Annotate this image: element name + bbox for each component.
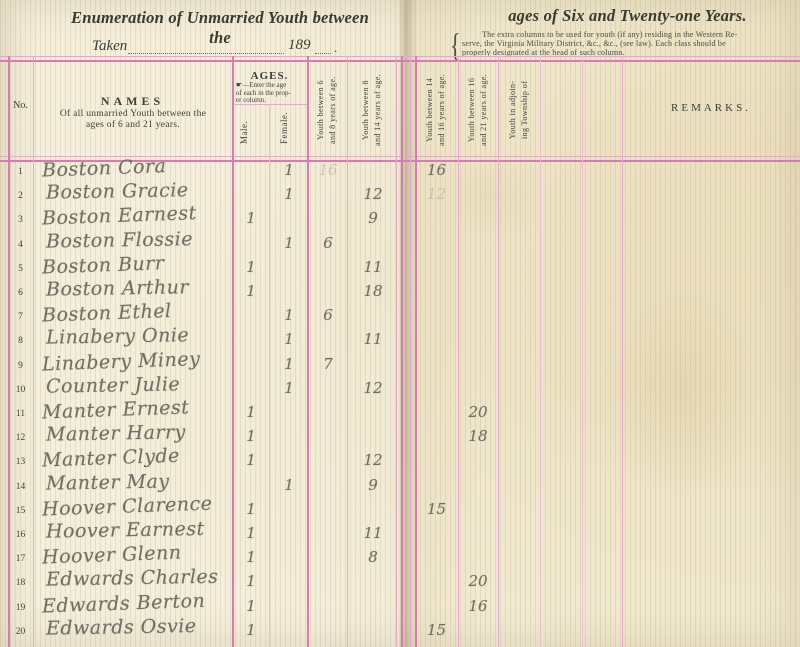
no-column-header: No. (8, 100, 33, 111)
right-page-title: ages of Six and Twenty-one Years. (500, 6, 755, 26)
youth-6-8-column-header: Youth between 6 and 8 years of age. (315, 64, 339, 156)
age-16-21-entry: 20 (460, 572, 496, 590)
youth-8-14-column-header: Youth between 8 and 14 years of age. (360, 64, 384, 156)
female-tally-entry: 1 (274, 330, 304, 348)
name-entry: Edwards Charles (46, 566, 246, 591)
age-6-8-entry: 6 (311, 306, 345, 324)
row-number: 8 (8, 336, 33, 346)
name-entry: Linabery Onie (46, 324, 246, 349)
row-number: 20 (8, 627, 33, 637)
row-number: 5 (8, 264, 33, 274)
age-8-14-entry: 11 (351, 330, 395, 348)
male-tally-entry: 1 (236, 258, 266, 276)
male-column-header: Male. (238, 106, 252, 158)
table-top-rule (0, 60, 800, 62)
table-top-rule (0, 56, 800, 57)
row-number: 4 (8, 240, 33, 250)
age-8-14-entry: 8 (351, 548, 395, 566)
row-number: 3 (8, 215, 33, 225)
age-14-16-entry: 15 (417, 621, 456, 639)
name-entry: Hoover Earnest (46, 517, 246, 542)
male-tally-entry: 1 (236, 548, 266, 566)
age-8-14-entry: 11 (351, 258, 395, 276)
age-16-21-entry: 18 (460, 427, 496, 445)
female-tally-entry: 1 (274, 161, 304, 179)
names-column-header: NAMES (33, 94, 232, 109)
age-6-8-entry: 6 (311, 234, 345, 252)
row-number: 2 (8, 191, 33, 201)
male-tally-entry: 1 (236, 500, 266, 518)
ages-instruction-note: ☛—Enter the age of each in the prop- er … (236, 82, 305, 105)
age-16-21-entry: 20 (460, 403, 496, 421)
female-tally-entry: 1 (274, 306, 304, 324)
row-number: 13 (8, 457, 33, 467)
female-tally-entry: 1 (274, 379, 304, 397)
name-entry: Boston Flossie (46, 227, 246, 252)
note-line-1: The extra columns to be used for youth (… (462, 30, 790, 39)
youth-16-21-column-header: Youth between 16 and 21 years of age. (466, 64, 490, 156)
row-number: 15 (8, 506, 33, 516)
age-6-8-erased-entry: 16 (311, 161, 345, 179)
row-number: 7 (8, 312, 33, 322)
row-number: 6 (8, 288, 33, 298)
youth-14-16-column-header: Youth between 14 and 16 years of age. (424, 64, 448, 156)
row-number: 12 (8, 433, 33, 443)
note-line-2: serve, the Virginia Military District, &… (462, 39, 790, 48)
male-tally-entry: 1 (236, 621, 266, 639)
taken-label: Taken (92, 38, 127, 55)
age-16-21-entry: 16 (460, 597, 496, 615)
age-8-14-entry: 12 (351, 185, 395, 203)
name-entry: Edwards Osvie (46, 614, 246, 639)
female-column-header: Female. (278, 102, 292, 154)
age-8-14-entry: 9 (351, 476, 395, 494)
age-8-14-entry: 9 (351, 209, 395, 227)
name-entry: Manter Harry (46, 420, 246, 445)
remarks-column-header: REMARKS. (622, 102, 800, 114)
age-14-16-entry: 15 (417, 500, 456, 518)
row-number: 16 (8, 530, 33, 540)
row-number: 10 (8, 385, 33, 395)
female-tally-entry: 1 (274, 476, 304, 494)
age-8-14-entry: 12 (351, 379, 395, 397)
adjoining-township-column-header: Youth in adjoin- ing Township of (507, 64, 531, 156)
name-entry: Boston Arthur (46, 275, 246, 300)
female-tally-entry: 1 (274, 185, 304, 203)
year-prefix: 189 (288, 37, 311, 54)
name-entry: Boston Gracie (46, 178, 246, 203)
name-entry: Manter May (46, 469, 246, 494)
row-number: 11 (8, 409, 33, 419)
male-tally-entry: 1 (236, 597, 266, 615)
row-number: 9 (8, 361, 33, 371)
age-8-14-entry: 12 (351, 451, 395, 469)
taken-fill-in-line (128, 37, 284, 54)
male-tally-entry: 1 (236, 451, 266, 469)
female-tally-entry: 1 (274, 355, 304, 373)
row-number: 1 (8, 167, 33, 177)
male-tally-entry: 1 (236, 403, 266, 421)
row-number: 18 (8, 578, 33, 588)
age-6-8-entry: 7 (311, 355, 345, 373)
name-entry: Counter Julie (46, 372, 246, 397)
age-8-14-entry: 11 (351, 524, 395, 542)
age-14-16-erased-entry: 12 (417, 185, 456, 203)
age-8-14-entry: 18 (351, 282, 395, 300)
age-14-16-entry: 16 (417, 161, 456, 179)
table-row: 20 Edwards Osvie 1 15 (0, 623, 800, 647)
row-number: 19 (8, 603, 33, 613)
female-tally-entry: 1 (274, 234, 304, 252)
row-number: 17 (8, 554, 33, 564)
ledger-page-spread: Enumeration of Unmarried Youth between t… (0, 0, 800, 647)
male-tally-entry: 1 (236, 209, 266, 227)
year-trailing-dot: . (334, 40, 337, 56)
row-number: 14 (8, 482, 33, 492)
names-column-subheader: Of all unmarried Youth between the ages … (38, 109, 228, 131)
year-fill-in-line (315, 37, 331, 54)
